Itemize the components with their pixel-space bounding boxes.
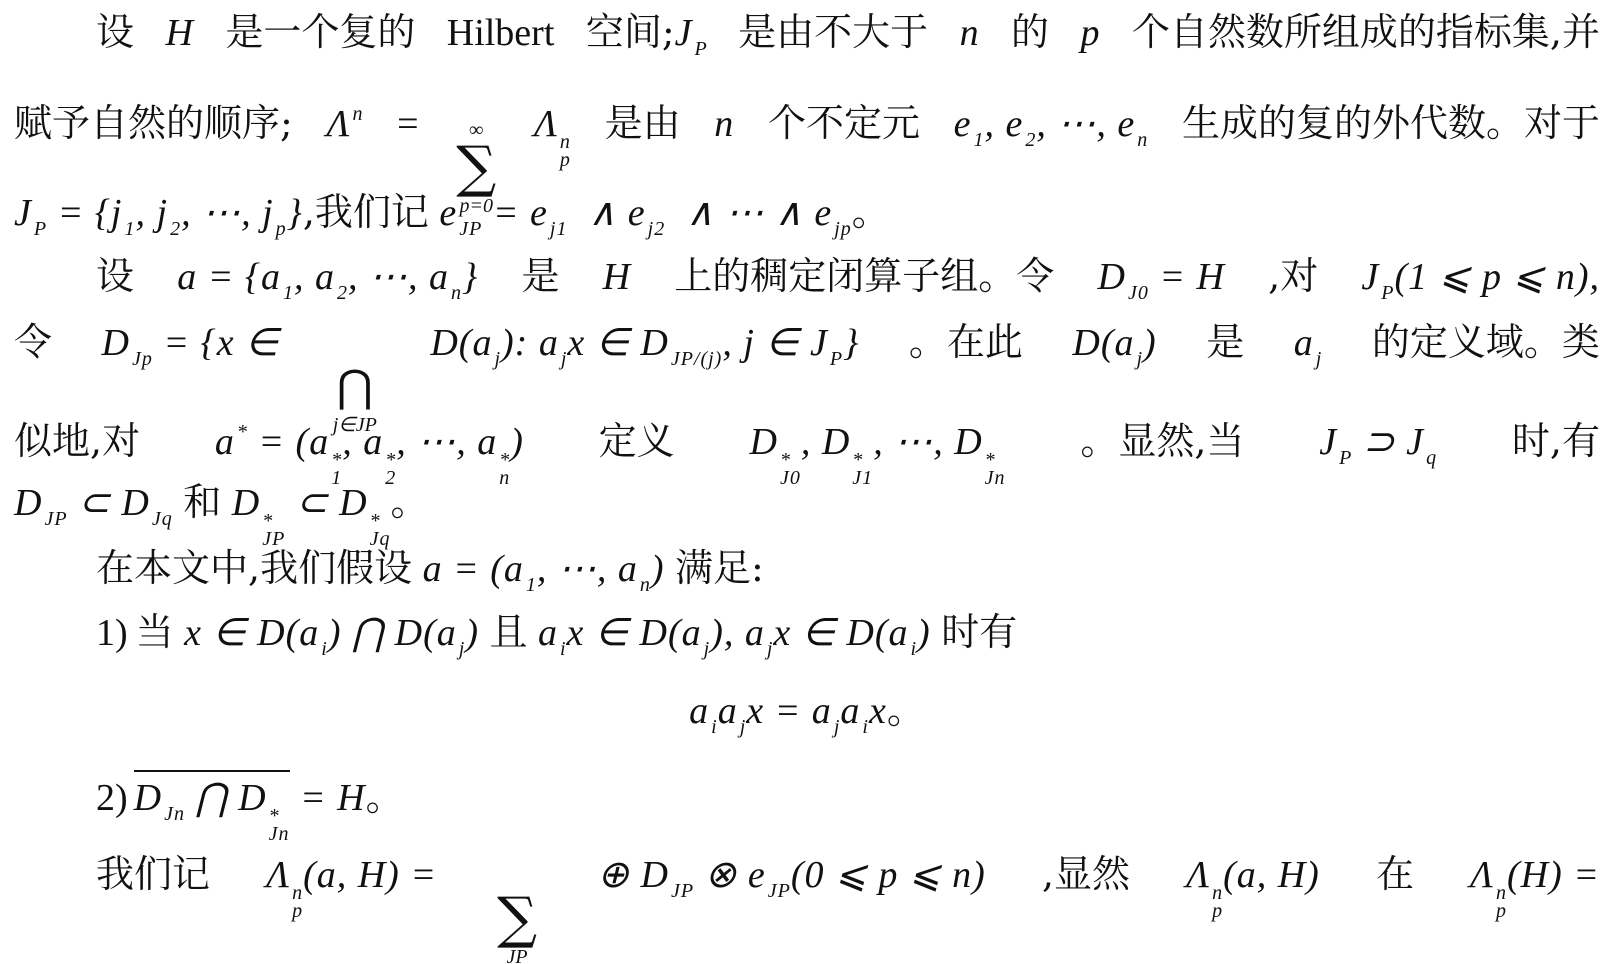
text: 的 [1011, 8, 1049, 56]
math-H: H [165, 9, 193, 57]
math-domain: D(aj): ajx ∈ DJP/(j), j ∈ JP} [430, 319, 859, 383]
math-commute: aiajx = ajaix [689, 687, 887, 751]
text-line-9: 1) 当 x ∈ D(ai) ⋂ D(aj) 且 aix ∈ D(aj), aj… [96, 608, 1600, 673]
text: 是 [521, 252, 559, 300]
text-line-8: 在本文中,我们假设 a = (a1, ⋯, an) 满足: [96, 544, 1600, 609]
math-n: n [714, 100, 734, 148]
math-Dstar-subset: D*JP ⊂ D*Jq [221, 479, 390, 548]
text: 的定义域。类 [1372, 318, 1600, 366]
list-marker-1: 1) [96, 609, 128, 657]
text: 是一个复的 [225, 8, 415, 56]
text-line-3: JP = {j1, j2, ⋯, jp} ,我们记 eJP = ej1 ∧ ej… [14, 188, 1600, 253]
math-e-wedge: eJP = ej1 ∧ ej2 ∧ ⋯ ∧ ejp [429, 189, 852, 253]
sum-operator: ∑JP [497, 871, 537, 964]
text: 。在此 [909, 318, 1023, 366]
text: 在本文中,我们假设 [96, 544, 412, 592]
math-eq-H: = H [290, 774, 366, 822]
text: 赋予自然的顺序; [14, 99, 293, 147]
math-Lambda-n: Λn [327, 90, 364, 148]
math-e-list: e1, e2, ⋯, en [954, 100, 1149, 164]
text-line-1: 设 H 是一个复的 Hilbert 空间;JP 是由不大于 n 的 p 个自然数… [96, 8, 1600, 73]
math-Lambda-p-n: Λnp [534, 100, 571, 169]
math-a-set: a = {a1, a2, ⋯, an} [177, 253, 478, 317]
math-Lambda-H: Λnp(H) = [1470, 851, 1600, 920]
math-DJ0: DJ0 = H [1097, 253, 1224, 317]
math-JP: 空间;JP [586, 8, 707, 73]
math-JP-range: JP(1 ⩽ p ⩽ n), [1361, 253, 1600, 317]
text: 。 [852, 188, 890, 236]
math-D-subset: DJP ⊂ DJq [14, 479, 183, 543]
math-JP-sup-Jq: JP ⊃ Jq [1319, 418, 1437, 482]
text-line-7: DJP ⊂ DJq 和 D*JP ⊂ D*Jq 。 [14, 478, 1600, 548]
text: 是 [1206, 318, 1244, 366]
text: 生成的复的外代数。对于 [1182, 99, 1600, 147]
text-line-10-equation: aiajx = ajaix 。 [0, 686, 1614, 751]
text-line-11: 2) DJn ⋂ D*Jn = H 。 [96, 770, 1600, 843]
paper-page: 设 H 是一个复的 Hilbert 空间;JP 是由不大于 n 的 p 个自然数… [0, 0, 1614, 964]
math-aj: aj [1294, 319, 1323, 383]
text: ,显然 [1042, 850, 1130, 898]
text-line-6: 似地,对 a* = (a*1, a*2, ⋯, a*n) 定义 D*J0, D*… [14, 408, 1600, 487]
text-line-4: 设 a = {a1, a2, ⋯, an} 是 H 上的稠定闭算子组。令 DJ0… [96, 252, 1600, 317]
text: 似地,对 [14, 417, 140, 465]
list-marker-2: 2) [96, 774, 128, 822]
text: 和 [183, 478, 221, 526]
math-Lambda-aH: Λnp(a, H) = [266, 851, 437, 920]
math-condition: x ∈ D(ai) ⋂ D(aj) [174, 609, 490, 673]
text: ,对 [1268, 252, 1318, 300]
text: 在 [1376, 850, 1414, 898]
text: 是由 [605, 99, 681, 147]
math-DJp-def: DJp = {x ∈ [102, 319, 280, 383]
math-a-star: a* = (a*1, a*2, ⋯, a*n) [215, 408, 524, 487]
equals: = [397, 100, 418, 148]
text: 上的稠定闭算子组。令 [674, 252, 1054, 300]
text: 设 [96, 8, 134, 56]
text: 。 [366, 773, 404, 821]
text: 定义 [599, 417, 675, 465]
math-n: n [960, 9, 980, 57]
text: 是由不大于 [738, 8, 928, 56]
text: 个不定元 [768, 99, 920, 147]
text: 令 [14, 318, 52, 366]
math-p: p [1080, 9, 1100, 57]
math-direct-sum: ⊕ DJP ⊗ eJP(0 ⩽ p ⩽ n) [597, 851, 986, 915]
math-condition-2: aix ∈ D(aj), ajx ∈ D(ai) [527, 609, 941, 673]
text: 我们记 [96, 850, 210, 898]
text: 。 [390, 478, 428, 526]
text: 当 [136, 608, 174, 656]
math-closure: DJn ⋂ D*Jn [134, 770, 290, 843]
text: ,我们记 [303, 188, 429, 236]
math-Daj: D(aj) [1072, 319, 1156, 383]
math-a-tuple: a = (a1, ⋯, an) [412, 545, 675, 609]
text: 设 [96, 252, 134, 300]
math-JP-set: JP = {j1, j2, ⋯, jp} [14, 189, 303, 253]
text: 满足: [675, 544, 764, 592]
text: 个自然数所组成的指标集,并 [1132, 8, 1600, 56]
math-H: H [603, 253, 631, 301]
text-line-12: 我们记 Λnp(a, H) = ∑JP ⊕ DJP ⊗ eJP(0 ⩽ p ⩽ … [96, 850, 1600, 964]
text: 。 [887, 686, 925, 734]
math-Dstar-list: D*J0, D*J1, ⋯, D*Jn [750, 418, 1006, 487]
text: 且 [489, 608, 527, 656]
math-Lambda-aH-2: Λnp(a, H) [1186, 851, 1320, 920]
text: 时,有 [1512, 417, 1600, 465]
text: 。显然,当 [1080, 417, 1244, 465]
text: Hilbert [447, 9, 555, 57]
text: 时有 [941, 608, 1017, 656]
